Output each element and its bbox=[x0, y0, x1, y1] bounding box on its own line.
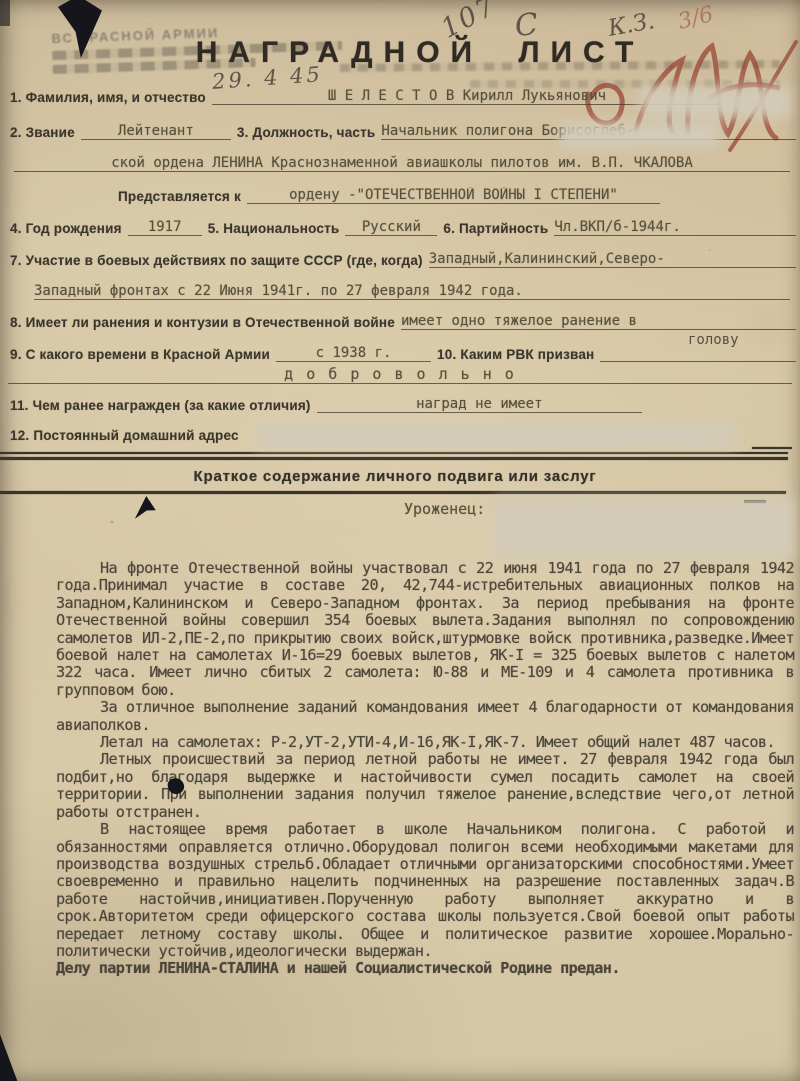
thick-rule bbox=[0, 457, 788, 460]
field-2-value: Лейтенант bbox=[81, 123, 231, 140]
field-9-label: 9. С какого времени в Красной Армии bbox=[10, 347, 270, 362]
field-5-value: Русский bbox=[345, 219, 437, 236]
presented-label: Представляется к bbox=[118, 189, 241, 204]
field-10-value: д о б р о в о л ь н о bbox=[8, 365, 792, 384]
page-corner-shadow bbox=[0, 1028, 28, 1081]
thick-rule bbox=[0, 491, 786, 494]
summary-body: На фронте Отечественной войны участвовал… bbox=[56, 560, 794, 978]
redaction-patch bbox=[255, 424, 735, 448]
thin-rule bbox=[0, 452, 788, 454]
field-6-label: 6. Партийность bbox=[443, 221, 548, 236]
field-10-label: 10. Каким РВК призван bbox=[437, 347, 594, 362]
summary-paragraph: Летал на самолетах: Р-2,УТ-2,УТИ-4,И-16,… bbox=[56, 734, 794, 751]
summary-paragraph: В настоящее время работает в школе Начал… bbox=[56, 821, 794, 960]
field-9-value: с 1938 г. bbox=[276, 345, 431, 362]
field-3-value-cont: ской ордена ЛЕНИНА Краснознаменной авиаш… bbox=[14, 155, 790, 172]
redaction-patch bbox=[560, 122, 720, 148]
document-title: НАГРАДНОЙ ЛИСТ bbox=[150, 36, 690, 70]
summary-section-header: Краткое содержание личного подвига или з… bbox=[0, 468, 790, 485]
born-label: Уроженец: bbox=[404, 500, 485, 518]
presented-value: ордену -"ОТЕЧЕСТВЕННОЙ ВОЙНЫ I СТЕПЕНИ" bbox=[247, 187, 660, 204]
field-8-value: имеет одно тяжелое ранение в bbox=[401, 313, 796, 330]
field-4-value: 1917 bbox=[128, 219, 202, 236]
field-2-label: 2. Звание bbox=[10, 125, 75, 140]
summary-paragraph-loyalty: Делу партии ЛЕНИНА-СТАЛИНА и нашей Социа… bbox=[56, 960, 794, 977]
field-11-label: 11. Чем ранее награжден (за какие отличи… bbox=[10, 398, 311, 413]
field-4-label: 4. Год рождения bbox=[10, 221, 122, 236]
field-12-label: 12. Постоянный домашний адрес bbox=[10, 428, 239, 443]
award-sheet-document: ВС КРАСНОЙ АРМИИ С 107 К.З. 3/6 29. 4 45… bbox=[0, 0, 800, 1081]
field-1-label: 1. Фамилия, имя, и отчество bbox=[10, 90, 206, 105]
redaction-patch bbox=[640, 86, 790, 118]
field-10-underline bbox=[600, 361, 796, 362]
summary-paragraph: За отличное выполнение заданий командова… bbox=[56, 699, 794, 734]
field-3-label: 3. Должность, часть bbox=[237, 125, 376, 140]
field-11-value: наград не имеет bbox=[317, 396, 642, 413]
field-8-label: 8. Имеет ли ранения и контузии в Отечест… bbox=[10, 315, 395, 330]
field-5-label: 5. Национальность bbox=[208, 221, 340, 236]
summary-paragraph: На фронте Отечественной войны участвовал… bbox=[56, 560, 794, 699]
field-7-value-cont: Западный фронтах с 22 Июня 1941г. по 27 … bbox=[34, 283, 790, 300]
handwritten-fraction: 3/6 bbox=[676, 2, 716, 35]
redaction-patch bbox=[494, 498, 794, 558]
field-6-value: Чл.ВКП/б-1944г. bbox=[554, 219, 796, 236]
field-7-label: 7. Участие в боевых действиях по защите … bbox=[10, 253, 423, 268]
field-7-value: Западный,Калининский,Северо- bbox=[429, 251, 796, 268]
short-rule bbox=[752, 447, 792, 449]
edge-shadow bbox=[0, 0, 10, 26]
ink-mark-left bbox=[135, 495, 157, 521]
summary-paragraph: Летных происшествий за период летной раб… bbox=[56, 751, 794, 821]
